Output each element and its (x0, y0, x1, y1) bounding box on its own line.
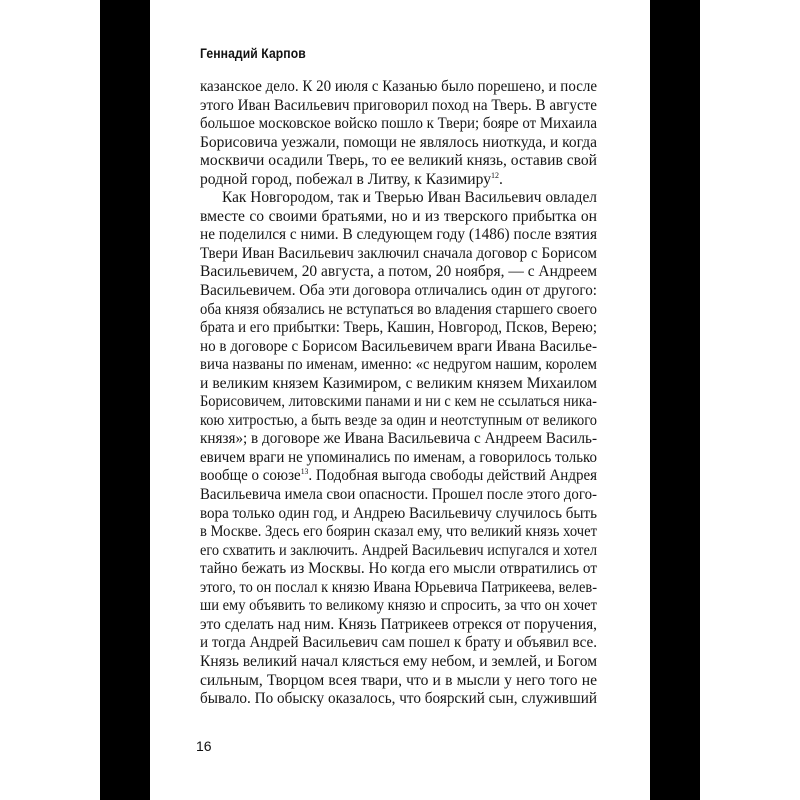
text-line: Васильевичем. Оба эти договора отличалис… (200, 282, 597, 301)
text-line: но в договоре с Борисом Васильевичем вра… (200, 338, 597, 357)
text-line: родной город, побежал в Литву, к Казимир… (200, 171, 597, 190)
footnote-ref-13: 13 (301, 467, 309, 476)
text-line: вообще о союзе13. Подобная выгода свобод… (200, 467, 597, 486)
text-line: кою хитростью, а быть везде за один и не… (200, 412, 597, 431)
text-line: Князь великий начал клясться ему небом, … (200, 653, 597, 672)
text-line: этого Иван Васильевич приговорил поход н… (200, 97, 597, 116)
text-line: сильным, Творцом всея твари, что и в мыс… (200, 672, 597, 691)
body-text: казанское дело. К 20 июля с Казанью было… (200, 78, 597, 709)
text-line: москвичи осадили Тверь, то ее великий кн… (200, 152, 597, 171)
text-line: Борисовичем, литовскими панами и ни с ке… (200, 393, 597, 412)
text-line: большое московское войско пошло к Твери;… (200, 115, 597, 134)
text-line: Васильевичем, 20 августа, а потом, 20 но… (200, 263, 597, 282)
text-line: не поделился с ними. В следующем году (1… (200, 226, 597, 245)
page-number: 16 (196, 738, 212, 754)
text-line: брата и его прибытки: Тверь, Кашин, Новг… (200, 319, 597, 338)
text-line: казанское дело. К 20 июля с Казанью было… (200, 78, 597, 97)
text-line: вича названы по именам, именно: «с недру… (200, 356, 597, 375)
text-line: вора только один год, и Андрею Васильеви… (200, 505, 597, 524)
right-black-margin-bar (650, 0, 700, 800)
text-line: этого, то он послал к князю Ивана Юрьеви… (200, 579, 597, 598)
text-line: в Москве. Здесь его боярин сказал ему, ч… (200, 523, 597, 542)
text-line: Как Новгородом, так и Тверью Иван Василь… (200, 189, 597, 208)
text-line: его схватить и заключить. Андрей Василье… (200, 542, 597, 561)
text-line: и тогда Андрей Васильевич сам пошел к бр… (200, 634, 597, 653)
text-line: князя»; в договоре же Ивана Васильевича … (200, 430, 597, 449)
footnote-ref-12: 12 (491, 171, 499, 180)
text-line: оба князя обязались не вступаться во вла… (200, 301, 597, 320)
text-line: Борисовича уезжали, помощи не являлось н… (200, 134, 597, 153)
text-line: Васильевича имела свои опасности. Прошел… (200, 486, 597, 505)
text-line: ши ему объявить то великому князю и спро… (200, 597, 597, 616)
text-line: евичем враги не упоминались по именам, а… (200, 449, 597, 468)
text-line: бывало. По обыску оказалось, что боярски… (200, 690, 597, 709)
book-page: Геннадий Карпов казанское дело. К 20 июл… (150, 0, 650, 800)
text-line: это сделать над ним. Князь Патрикеев отр… (200, 616, 597, 635)
text-line: вместе со своими братьями, но и из тверс… (200, 208, 597, 227)
left-black-margin-bar (100, 0, 150, 800)
running-head-author: Геннадий Карпов (200, 46, 306, 61)
text-line: тайно бежать из Москвы. Но когда его мыс… (200, 560, 597, 579)
text-line: и великим князем Казимиром, с великим кн… (200, 375, 597, 394)
text-line: Твери Иван Васильевич заключил сначала д… (200, 245, 597, 264)
